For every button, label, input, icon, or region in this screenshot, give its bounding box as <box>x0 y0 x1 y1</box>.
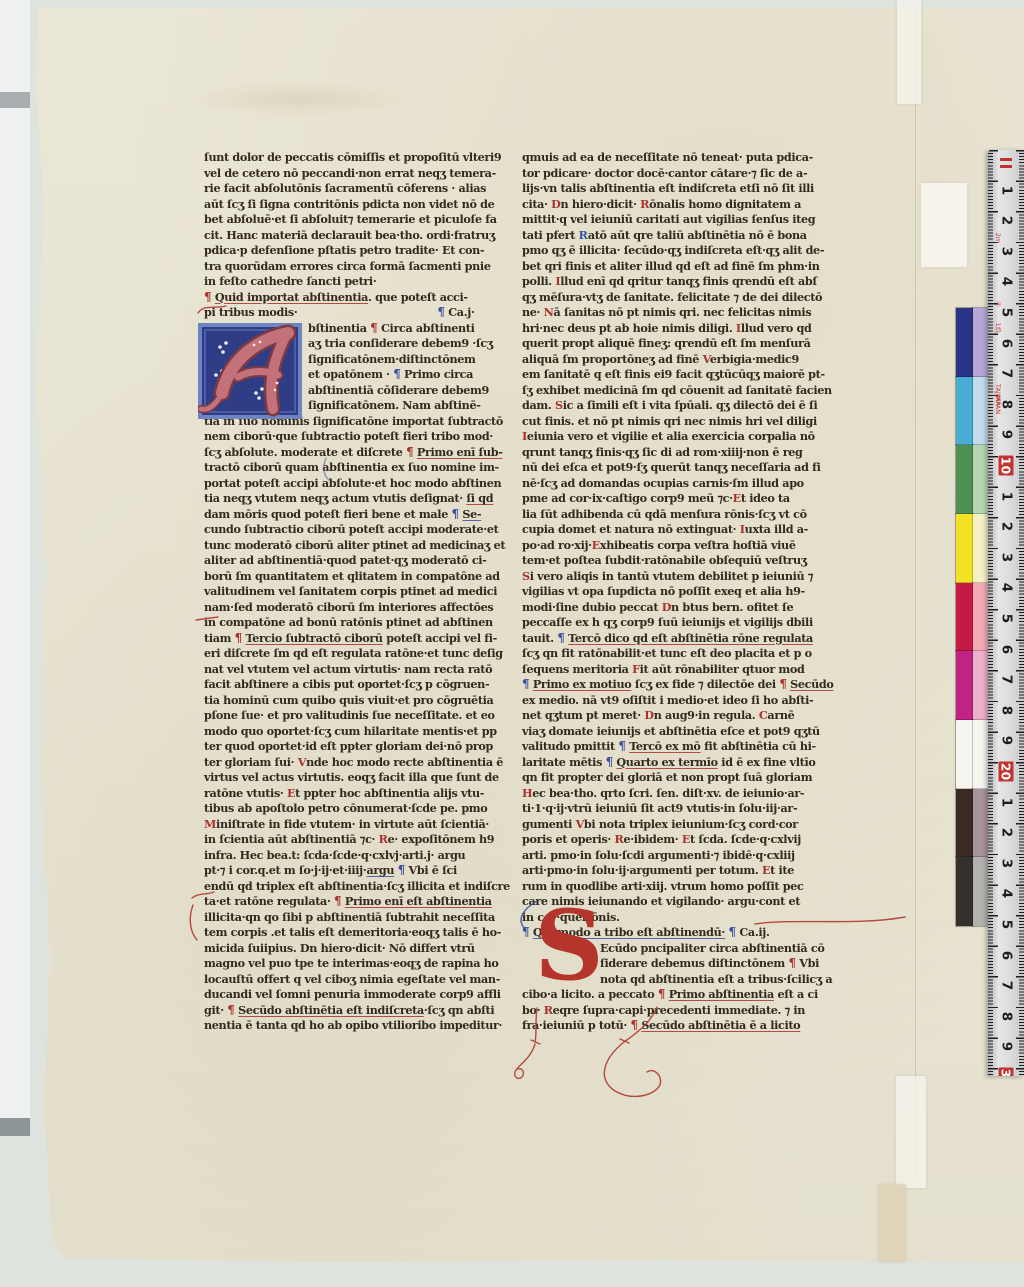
backing-edge-band-top <box>0 92 30 108</box>
text-line: laritate mētis ¶ Quarto ex termīo id ē e… <box>522 755 834 771</box>
text-line: ratōne vtutis· Et ppter hoc abſtinentia … <box>204 786 504 802</box>
text-line: nentia ē tanta qd ho ab opibo vtilioribo… <box>204 1018 504 1034</box>
text-line: borū ſm quantitatem et qlitatem in compa… <box>204 569 504 585</box>
text-line: pmo qʒ ē illicita· ſecūdo·qʒ indiſcreta … <box>522 243 834 259</box>
illuminated-initial-A <box>198 323 302 421</box>
text-line: mittit·q vel ieiuniū caritati aut vigili… <box>522 212 834 228</box>
color-patch-row <box>956 651 990 720</box>
ruler-number: 9 <box>999 731 1014 751</box>
text-line: polli. Illud enī qd qritur tanqʒ finis q… <box>522 274 834 290</box>
ruler-zero-mark <box>1000 165 1012 168</box>
text-line: ex medio. nā vt9 oſiſtit i medio·et ideo… <box>522 693 834 709</box>
color-patch <box>956 583 973 652</box>
text-line: tra quorūdam errores circa formā ſacment… <box>204 259 504 275</box>
text-line: valitudo pmittit ¶ Tercō ex mō fit abſti… <box>522 739 834 755</box>
text-line: ſunt dolor de peccatis cōmiſſis et propo… <box>204 150 504 166</box>
text-line: tiam ¶ Tercio ſubtractō ciborū poteſt ac… <box>204 631 504 647</box>
text-line: locauſtū offert q vel ciboʒ nimia egeſta… <box>204 972 504 988</box>
red-pilcrow-icon: ¶ <box>630 1018 637 1032</box>
text-line: nam·ſed moderatō ciborū ſm interiores af… <box>204 600 504 616</box>
ruler-number: 1 <box>999 180 1014 200</box>
text-line: dam. Sic a ſimili eſt i vita ſpūali. qʒ … <box>522 398 834 414</box>
text-line: tunc moderatō ciborū aliter ptinet ad me… <box>204 538 504 554</box>
text-line: micida ſuiipius. Dn hiero·dicit· Nō diff… <box>204 941 504 957</box>
ruler-maker-label: 1級 <box>994 320 1002 336</box>
measuring-tape-ruler: 1234567891012345678920123456789302m④1級TA… <box>988 150 1024 1076</box>
text-line: nū dei eſca et pot9·ſʒ querūt tanqʒ nece… <box>522 460 834 476</box>
ruler-number: 7 <box>999 670 1014 690</box>
text-line: ¶ Quid importat abſtinentia. que poteſt … <box>204 290 504 306</box>
text-line: Miniſtrate in fide vtutem· in virtute aū… <box>204 817 504 833</box>
blue-pilcrow-icon: ¶ <box>606 755 613 769</box>
color-patch-row <box>956 583 990 652</box>
text-line: fra·ieiuniū p totū· ¶ Secūdo abſtinētia … <box>522 1018 834 1034</box>
photo-backdrop: ſunt dolor de peccatis cōmiſſis et propo… <box>0 0 1024 1287</box>
ruler-number: 4 <box>999 272 1014 292</box>
ruler-cm-ticks-left <box>988 150 998 1076</box>
text-line: nem ciborū·que ſubtractio poteſt fieri t… <box>204 429 504 445</box>
text-line: viaʒ domate ieiunijs et abſtinētia eſce … <box>522 724 834 740</box>
text-line: dam mōris quod poteſt fieri bene et male… <box>204 507 504 523</box>
text-line: eri diſcrete ſm qd eſt regulata ratōne·e… <box>204 646 504 662</box>
ruler-number: 8 <box>999 1006 1014 1026</box>
ruler-number: 30 <box>999 1067 1014 1076</box>
text-line: lijs·vn talis abſtinentia eſt indiſcreta… <box>522 181 834 197</box>
text-line: tor pdicare· doctor docē·cantor cātare·⁊… <box>522 166 834 182</box>
text-line: ter gloriam ſui· Vnde hoc modo recte abſ… <box>204 755 504 771</box>
text-line: magno vel puo tpe te interimas·eoqʒ de r… <box>204 956 504 972</box>
text-line: ¶ Primo ex motiuo ſcʒ ex fide ⁊ dilectōe… <box>522 677 834 693</box>
text-line: aliter ad abſtinentiā·quod patet·qʒ mode… <box>204 553 504 569</box>
red-initial-S: S <box>524 896 614 1006</box>
text-line: ſcʒ qn fit ratōnabilit·et tunc eſt deo p… <box>522 646 834 662</box>
text-line: qn fit propter dei gloriā et non propt ſ… <box>522 770 834 786</box>
text-line: nē·ſcʒ ad domandas ocupias carnis·ſm ill… <box>522 476 834 492</box>
text-line: nat vel vtutem vel actum virtutis· nam r… <box>204 662 504 678</box>
red-pilcrow-icon: ¶ <box>406 445 413 459</box>
text-line: pi tribus modis·¶ Ca.j· <box>204 305 504 321</box>
ruler-number: 2 <box>999 517 1014 537</box>
text-line: arti. pmo·in ſolu·ſcdi argumenti·⁊ ibidē… <box>522 848 834 864</box>
ruler-number: 4 <box>999 884 1014 904</box>
red-pilcrow-icon: ¶ <box>227 1003 234 1017</box>
red-pilcrow-icon: ¶ <box>779 677 786 691</box>
text-line: ti·1·q·ij·vtrū ieiuniū ſit act9 vtutis·i… <box>522 801 834 817</box>
text-line: qmuis ad ea de neceſſitate nō teneat· pu… <box>522 150 834 166</box>
text-line: virtus vel actus virtutis. eoqʒ facit il… <box>204 770 504 786</box>
text-line: ne· Nā ſanitas nō pt nimis qri. nec feli… <box>522 305 834 321</box>
red-pilcrow-icon: ¶ <box>788 956 795 970</box>
text-line: arti·pmo·in ſolu·ij·argumenti per totum.… <box>522 863 834 879</box>
ruler-number: 2 <box>999 211 1014 231</box>
text-line: tia hominū cum quibo quis viuit·et pro c… <box>204 693 504 709</box>
text-line: qrunt tanqʒ finis·qʒ ſic di ad rom·xiiij… <box>522 445 834 461</box>
ruler-number: 6 <box>999 945 1014 965</box>
text-line: in ſcientia aūt abſtinentiā ⁊c· Re· expo… <box>204 832 504 848</box>
text-line: cupia domet et natura nō extinguat· Iuxt… <box>522 522 834 538</box>
show-through-smudge <box>186 82 406 116</box>
ruler-number: 2 <box>999 823 1014 843</box>
text-line: modi·ſine dubio peccat Dn btus bern. ofi… <box>522 600 834 616</box>
ruler-number: 6 <box>999 333 1014 353</box>
blue-pilcrow-icon: ¶ <box>557 631 564 645</box>
ruler-number: 8 <box>999 700 1014 720</box>
blue-pilcrow-icon: ¶ <box>398 863 405 877</box>
ruler-zero-mark <box>1000 158 1012 161</box>
color-patch-row <box>956 857 990 926</box>
text-line: git· ¶ Secūdo abſtinētia eſt indiſcreta·… <box>204 1003 504 1019</box>
ruler-number: 1 <box>999 792 1014 812</box>
text-line: ducandi vel ſomni penuria immoderate cor… <box>204 987 504 1003</box>
backing-paper-strip <box>0 0 30 1136</box>
ruler-number: 1 <box>999 486 1014 506</box>
color-patch <box>956 514 973 583</box>
text-line: illicita·qn qo ſibi p abſtinentiā ſubtra… <box>204 910 504 926</box>
leaf-edge-line <box>915 8 916 1178</box>
ruler-maker-label: ④ <box>994 296 1002 312</box>
text-line: em ſanitatē q eſt finis ei9 facit qʒtūcū… <box>522 367 834 383</box>
text-line: valitudinem vel ſanitatem corpis ptinet … <box>204 584 504 600</box>
text-line: ſequens meritoria Fit aūt rōnabiliter qt… <box>522 662 834 678</box>
ruler-number: 7 <box>999 976 1014 996</box>
text-line: qʒ mēſura·vtʒ de ſanitate. felicitate ⁊ … <box>522 290 834 306</box>
color-patch-row <box>956 789 990 858</box>
ruler-number: 5 <box>999 608 1014 628</box>
text-line: querit propt aliquē fineʒ: qrendū eſt ſm… <box>522 336 834 352</box>
color-patch-row <box>956 308 990 377</box>
masking-tape-beige <box>878 1184 906 1262</box>
text-line: bet abſoluē·et ſi abſoluit⁊ temerarie et… <box>204 212 504 228</box>
ruler-maker-label: 2m <box>994 230 1002 246</box>
text-line: pt·⁊ i cor.q.et m ſo·j·ij·et·iiij·argu ¶… <box>204 863 504 879</box>
blue-pilcrow-icon: ¶ <box>729 925 736 939</box>
text-line: endū qd triplex eſt abſtinentia·ſcʒ illi… <box>204 879 504 895</box>
text-column-left: ſunt dolor de peccatis cōmiſſis et propo… <box>204 150 504 1034</box>
text-line: ta·et ratōne regulata· ¶ Primo enī eſt a… <box>204 894 504 910</box>
text-line: cita· Dn hiero·dicit· Rōnalis homo digni… <box>522 197 834 213</box>
text-line: cit. Hanc materiā declarauit bea·tho. or… <box>204 228 504 244</box>
text-line: infra. Hec bea.t: ſcda·ſcde·q·cxlvj·arti… <box>204 848 504 864</box>
text-line: Hec bea·tho. qrto ſcri. ſen. diſt·xv. de… <box>522 786 834 802</box>
text-line: bet qri finis et aliter illud qd eſt ad … <box>522 259 834 275</box>
text-line: aliquā ſm proportōneʒ ad finē Verbigia·m… <box>522 352 834 368</box>
text-line: in feſto cathedre ſancti petri· <box>204 274 504 290</box>
text-line: cundo ſubtractio ciborū poteſt accipi mo… <box>204 522 504 538</box>
ruler-number: 3 <box>999 547 1014 567</box>
color-patch-row <box>956 445 990 514</box>
text-line: pſone ſue· et pro valitudinis ſue neceſſ… <box>204 708 504 724</box>
text-line: net qʒtum pt meret· Dn aug9·in regula. C… <box>522 708 834 724</box>
text-line: tem corpis .et talis eſt demeritoria·eoq… <box>204 925 504 941</box>
text-line: tibus ab apoſtolo petro cōnumerat·ſcde p… <box>204 801 504 817</box>
color-patch-row <box>956 377 990 446</box>
color-patch-row <box>956 514 990 583</box>
color-patch <box>956 789 973 858</box>
text-line: facit abſtinere a cibis put oportet·ſcʒ … <box>204 677 504 693</box>
ruler-number: 7 <box>999 364 1014 384</box>
ruler-maker-label: JAPAN <box>994 395 1002 411</box>
text-line: ſʒ exhibet medicinā ſm qd cōuenit ad ſan… <box>522 383 834 399</box>
text-line: modo quo oportet·ſcʒ cum hilaritate ment… <box>204 724 504 740</box>
red-pilcrow-icon: ¶ <box>658 987 665 1001</box>
text-line: po·ad ro·xij·Exhibeatis corpa veſtra hoſ… <box>522 538 834 554</box>
red-pilcrow-icon: ¶ <box>235 631 242 645</box>
color-patch <box>956 308 973 377</box>
text-line: tem·et poſtea ſubdit·ratōnabile obſequiū… <box>522 553 834 569</box>
color-patch <box>956 651 973 720</box>
backing-edge-band-bottom <box>0 1118 30 1136</box>
text-line: hri·nec deus pt ab hoie nimis diligi. Il… <box>522 321 834 337</box>
ruler-cm-ticks-right <box>1016 150 1024 1076</box>
text-line: portat poteſt accipi abſolute·et hoc mod… <box>204 476 504 492</box>
red-pilcrow-icon: ¶ <box>370 321 377 335</box>
blue-pilcrow-icon: ¶ <box>437 305 444 319</box>
color-patch <box>956 720 973 789</box>
text-line: tauit. ¶ Tercō dico qd eſt abſtinētia rō… <box>522 631 834 647</box>
blue-pilcrow-icon: ¶ <box>452 507 459 521</box>
blue-pilcrow-icon: ¶ <box>618 739 625 753</box>
text-line: tractō ciborū quam abſtinentia ex ſuo no… <box>204 460 504 476</box>
blue-pilcrow-icon: ¶ <box>522 677 529 691</box>
text-line: Si vero aliqis in tantū vtutem debilitet… <box>522 569 834 585</box>
blue-pilcrow-icon: ¶ <box>393 367 400 381</box>
red-pilcrow-icon: ¶ <box>334 894 341 908</box>
ruler-number: 9 <box>999 425 1014 445</box>
text-line: vel de cetero nō peccandi·non errat neqʒ… <box>204 166 504 182</box>
text-line: pdica·p defenſione pſtatis petro tradite… <box>204 243 504 259</box>
red-pilcrow-icon: ¶ <box>204 290 211 304</box>
ruler-number: 9 <box>999 1037 1014 1057</box>
text-line: cut finis. et nō pt nimis qri nec nimis … <box>522 414 834 430</box>
text-line: gumenti Vbi nota triplex ieiunium·ſcʒ co… <box>522 817 834 833</box>
text-line: peccaſſe ex h qʒ corp9 ſuū ieiunijs et v… <box>522 615 834 631</box>
text-line: lia ſūt adhibenda cū qdā menſura rōnis·ſ… <box>522 507 834 523</box>
text-line: Ieiunia vero et vigilie et alia exercici… <box>522 429 834 445</box>
text-line: in compatōne ad bonū ratōnis ptinet ad a… <box>204 615 504 631</box>
text-line: poris et operis· Re·ibidem· Et ſcda. ſcd… <box>522 832 834 848</box>
text-line: ſcʒ abſolute. moderate et diſcrete ¶ Pri… <box>204 445 504 461</box>
masking-tape-top-right <box>897 0 921 104</box>
manuscript-leaf: ſunt dolor de peccatis cōmiſſis et propo… <box>26 8 1024 1262</box>
color-patch-row <box>956 720 990 789</box>
text-line: aūt ſcʒ ſi ſigna contritōnis pdicta non … <box>204 197 504 213</box>
ruler-number: 3 <box>999 853 1014 873</box>
text-line: tia neqʒ vtutem neqʒ actum vtutis deſign… <box>204 491 504 507</box>
text-line: pme ad cor·ix·caſtigo corp9 meū ⁊c·Et id… <box>522 491 834 507</box>
color-calibration-bar <box>956 308 990 926</box>
text-line: ter quod oportet·id eſt ppter gloriam de… <box>204 739 504 755</box>
ruler-number: 10 <box>999 455 1014 475</box>
color-patch <box>956 377 973 446</box>
ruler-number: 4 <box>999 578 1014 598</box>
text-line: vigilias vt opa ſupdicta nō poſſit exeq … <box>522 584 834 600</box>
masking-tape-mid-right <box>921 183 967 267</box>
text-line: tati pfert Ratō aūt qre taliū abſtinētia… <box>522 228 834 244</box>
ruler-number: 5 <box>999 914 1014 934</box>
ruler-number: 20 <box>999 761 1014 781</box>
ruler-number: 6 <box>999 639 1014 659</box>
text-line: rie facit abſolutōnis ſacramentū cōferen… <box>204 181 504 197</box>
color-patch <box>956 445 973 514</box>
color-patch <box>956 857 973 926</box>
masking-tape-bottom-right <box>896 1076 926 1188</box>
